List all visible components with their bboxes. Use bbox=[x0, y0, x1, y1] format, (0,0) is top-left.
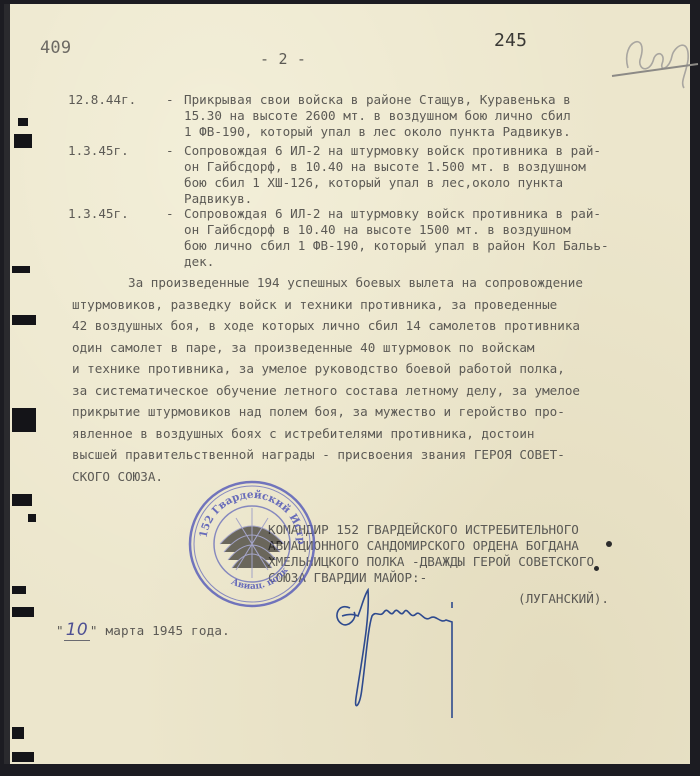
svg-text:Авиац. полк: Авиац. полк bbox=[229, 565, 291, 592]
regiment-stamp-icon: 152 Гвардейский Истреб. Авиац. полк bbox=[186, 478, 318, 610]
entry-line: Сопровождая 6 ИЛ-2 на штурмовку войск пр… bbox=[184, 206, 609, 222]
paragraph-line: высшей правительственной награды - присв… bbox=[72, 444, 583, 466]
date-open-quote: " bbox=[56, 623, 64, 638]
entry-line: Прикрывая свои войска в районе Стащув, К… bbox=[184, 92, 571, 108]
binding-hole bbox=[28, 514, 36, 522]
binding-hole bbox=[12, 494, 32, 506]
paragraph-line: и технике противника, за умелое руководс… bbox=[72, 358, 583, 380]
entry-line: бою лично сбил 1 ФВ-190, который упал в … bbox=[184, 238, 609, 254]
signer-name: (ЛУГАНСКИЙ). bbox=[518, 591, 609, 607]
archive-number-left: 409 bbox=[40, 38, 71, 58]
paragraph-line: За произведенные 194 успешных боевых выл… bbox=[72, 272, 583, 294]
date-close-quote: " bbox=[90, 623, 98, 638]
handwritten-day: 10 bbox=[64, 620, 90, 641]
paragraph-line: прикрытие штурмовиков над полем боя, за … bbox=[72, 401, 583, 423]
entry-line: Сопровождая 6 ИЛ-2 на штурмовку войск пр… bbox=[184, 143, 601, 159]
paragraph-line: явленное в воздушных боях с истребителям… bbox=[72, 423, 583, 445]
entry-date: 1.3.45г. bbox=[68, 206, 129, 221]
entry-line: он Гайбсдорф, в 10.40 на высоте 1.500 мт… bbox=[184, 159, 601, 175]
binding-hole bbox=[12, 607, 34, 617]
binding-hole bbox=[12, 586, 26, 594]
binding-hole bbox=[14, 134, 32, 148]
ink-speck bbox=[606, 541, 612, 547]
ink-speck bbox=[594, 566, 599, 571]
date-month-year: марта 1945 года. bbox=[105, 623, 230, 638]
paragraph-line: за систематическое обучение летного сост… bbox=[72, 380, 583, 402]
entry-line: 1 ФВ-190, который упал в лес около пункт… bbox=[184, 124, 571, 140]
paragraph-line: штурмовиков, разведку войск и техники пр… bbox=[72, 294, 583, 316]
handwritten-signature-icon bbox=[328, 588, 488, 718]
binding-hole bbox=[12, 315, 36, 325]
document-date: "10" марта 1945 года. bbox=[56, 620, 230, 640]
award-justification-paragraph: За произведенные 194 успешных боевых выл… bbox=[72, 272, 583, 487]
paragraph-line: СКОГО СОЮЗА. bbox=[72, 466, 583, 488]
entry-date: 12.8.44г. bbox=[68, 92, 136, 107]
paragraph-line: 42 воздушных боя, в ходе которых лично с… bbox=[72, 315, 583, 337]
paragraph-line: один самолет в паре, за произведенные 40… bbox=[72, 337, 583, 359]
document-page: 409 245 - 2 - 12.8.44г. - Прикрывая свои… bbox=[4, 4, 690, 764]
entry-line: Радвикув. bbox=[184, 191, 601, 207]
entry-line: бою сбил 1 ХШ-126, который упал в лес,ок… bbox=[184, 175, 601, 191]
entry-line: он Гайбсдорф в 10.40 на высоте 1500 мт. … bbox=[184, 222, 609, 238]
binding-hole bbox=[12, 752, 34, 762]
binding-hole bbox=[12, 727, 24, 739]
page-marker: - 2 - bbox=[260, 50, 306, 68]
archive-number-top: 245 bbox=[494, 30, 527, 51]
binding-hole bbox=[18, 118, 28, 126]
pencil-crossed-number-icon bbox=[610, 30, 700, 90]
entry-dash: - bbox=[166, 206, 174, 221]
binding-hole bbox=[12, 266, 30, 273]
entry-dash: - bbox=[166, 143, 174, 158]
entry-line: дек. bbox=[184, 254, 609, 270]
binding-hole bbox=[12, 408, 36, 432]
entry-dash: - bbox=[166, 92, 174, 107]
entry-date: 1.3.45г. bbox=[68, 143, 129, 158]
entry-line: 15.30 на высоте 2600 мт. в воздушном бою… bbox=[184, 108, 571, 124]
